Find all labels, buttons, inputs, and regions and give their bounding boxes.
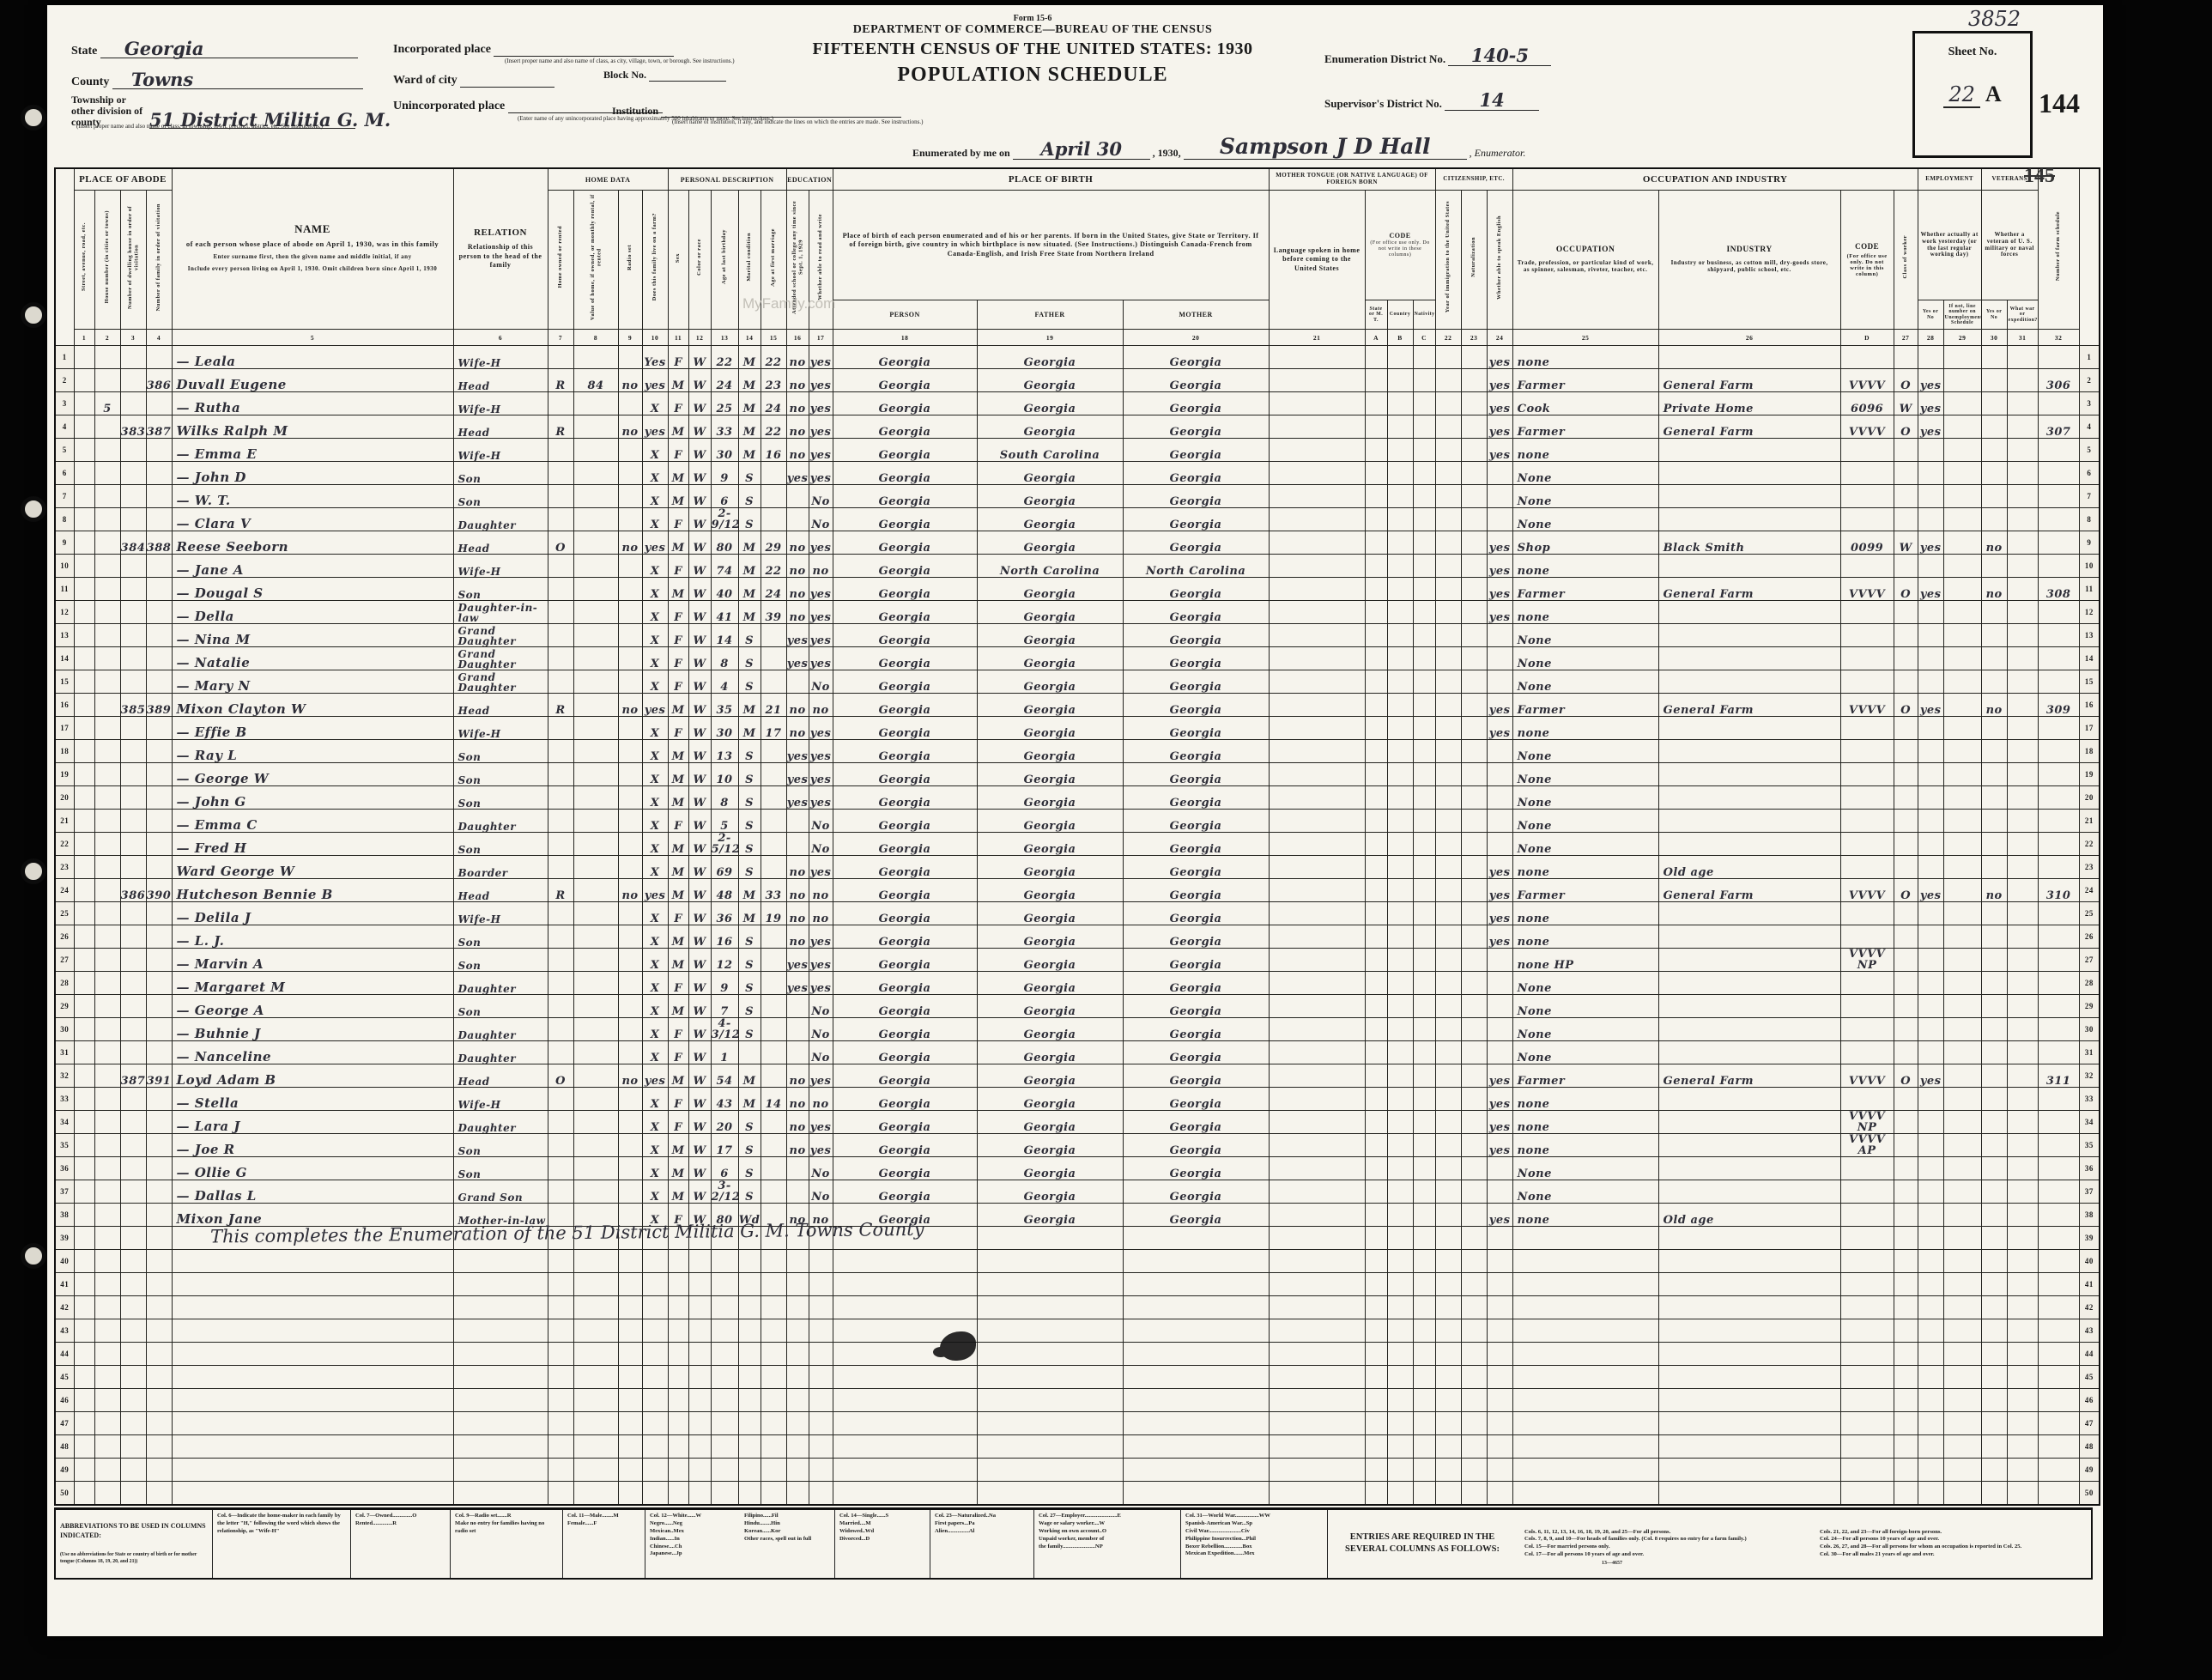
cell-war [2007, 1296, 2038, 1319]
legend-entries-box: ENTRIES ARE REQUIRED IN THE SEVERAL COLU… [1328, 1510, 2107, 1578]
line-number: 12 [2079, 601, 2100, 624]
cell-sch [786, 485, 809, 508]
cell-agm: 23 [761, 369, 786, 392]
cell-cd [1840, 1389, 1894, 1412]
cell-race: W [688, 369, 711, 392]
cell-work [1918, 555, 1943, 578]
cell-cls [1894, 462, 1918, 485]
cell-age [711, 1227, 738, 1250]
cell-mbp: Georgia [1123, 879, 1269, 902]
cell-c1 [74, 346, 94, 369]
cell-c2 [94, 1435, 120, 1459]
cell-farm: X [642, 717, 668, 740]
cell-mar [738, 1366, 761, 1389]
cell-c1 [74, 485, 94, 508]
cell-val [573, 1250, 618, 1273]
column-number: 19 [977, 330, 1123, 346]
cell-radio: no [618, 694, 642, 717]
cell-agm: 22 [761, 346, 786, 369]
cell-mbp: Georgia [1123, 508, 1269, 531]
cell-sch [786, 1018, 809, 1041]
cell-cd [1840, 1088, 1894, 1111]
cell-sch [786, 1250, 809, 1273]
cell-name: — John G [172, 786, 453, 810]
cell-cls: W [1894, 531, 1918, 555]
enumeration-district-value: 140-5 [1471, 45, 1529, 66]
cell-age: 12 [711, 949, 738, 972]
cell-fbp: Georgia [977, 740, 1123, 763]
cell-cd: 6096 [1840, 392, 1894, 415]
department-title: DEPARTMENT OF COMMERCE—BUREAU OF THE CEN… [706, 23, 1359, 37]
cell-ind [1658, 1435, 1840, 1459]
cell-eng [1487, 1180, 1512, 1204]
line-number: 28 [55, 972, 74, 995]
cell-c4: 389 [146, 694, 172, 717]
cell-val [573, 995, 618, 1018]
table-row: 4242 [55, 1296, 2100, 1319]
cell-ca [1365, 1435, 1387, 1459]
cell-work: yes [1918, 531, 1943, 555]
cell-unl [1943, 949, 1981, 972]
cell-ind [1658, 925, 1840, 949]
cell-cls: O [1894, 415, 1918, 439]
cell-occ: None [1512, 810, 1658, 833]
cell-work [1918, 949, 1943, 972]
line-number: 8 [55, 508, 74, 531]
line-number: 26 [2079, 925, 2100, 949]
cell-c1 [74, 601, 94, 624]
cell-lang [1269, 1366, 1365, 1389]
cell-rel [453, 1227, 548, 1250]
cell-ind: General Farm [1658, 694, 1840, 717]
cell-own [548, 1296, 573, 1319]
cell-rel [453, 1250, 548, 1273]
cell-rel: Grand Daughter [453, 624, 548, 647]
cell-c3 [120, 346, 146, 369]
line-number: 5 [2079, 439, 2100, 462]
cell-ind [1658, 1157, 1840, 1180]
group-personal-description: PERSONAL DESCRIPTION [668, 168, 786, 191]
cell-lang [1269, 879, 1365, 902]
cell-sex: M [668, 1064, 688, 1088]
cell-sex: M [668, 1134, 688, 1157]
column-number: 7 [548, 330, 573, 346]
cell-agm [761, 740, 786, 763]
cell-ca [1365, 1366, 1387, 1389]
cell-cc [1413, 740, 1435, 763]
cell-radio [618, 601, 642, 624]
cell-c4 [146, 810, 172, 833]
enumerator-label: , Enumerator. [1470, 147, 1526, 159]
cell-mbp: Georgia [1123, 902, 1269, 925]
cell-fs [2038, 1088, 2079, 1111]
cell-agm [761, 1204, 786, 1227]
cell-rel: Head [453, 879, 548, 902]
cell-fs [2038, 949, 2079, 972]
cell-cb [1387, 833, 1413, 856]
cell-farm [642, 1250, 668, 1273]
cell-cls [1894, 810, 1918, 833]
cell-cls [1894, 1157, 1918, 1180]
line-number: 11 [2079, 578, 2100, 601]
cell-fbp: Georgia [977, 1157, 1123, 1180]
cell-name: — Fred H [172, 833, 453, 856]
cell-nat [1461, 531, 1487, 555]
cell-mar [738, 1343, 761, 1366]
cell-rel: Daughter [453, 508, 548, 531]
cell-c4 [146, 346, 172, 369]
line-number: 26 [55, 925, 74, 949]
cell-war [2007, 1041, 2038, 1064]
cell-c3 [120, 555, 146, 578]
cell-c4 [146, 462, 172, 485]
cell-bp: Georgia [833, 763, 977, 786]
cell-vet [1981, 485, 2007, 508]
cell-name: — Mary N [172, 670, 453, 694]
cell-imm [1435, 995, 1461, 1018]
cell-vet [1981, 786, 2007, 810]
cell-work [1918, 1435, 1943, 1459]
cell-name: — Joe R [172, 1134, 453, 1157]
cell-age: 1 [711, 1041, 738, 1064]
cell-nat [1461, 647, 1487, 670]
cell-cb [1387, 555, 1413, 578]
cell-c4 [146, 717, 172, 740]
cell-sex: F [668, 1018, 688, 1041]
cell-cls [1894, 1389, 1918, 1412]
cell-cc [1413, 1088, 1435, 1111]
cell-unl [1943, 392, 1981, 415]
cell-cls [1894, 624, 1918, 647]
line-number-column-left [55, 168, 74, 346]
cell-radio [618, 1319, 642, 1343]
cell-occ: None [1512, 1018, 1658, 1041]
cell-fs [2038, 810, 2079, 833]
cell-c2 [94, 1088, 120, 1111]
cell-nat [1461, 392, 1487, 415]
cell-bp [833, 1366, 977, 1389]
legend-col9: Col. 9—Radio set.......R Make no entry f… [451, 1510, 563, 1578]
cell-agm [761, 1273, 786, 1296]
cell-occ: none [1512, 1111, 1658, 1134]
cell-cb [1387, 1088, 1413, 1111]
cell-race: W [688, 925, 711, 949]
cell-fs: 311 [2038, 1064, 2079, 1088]
cell-ca [1365, 1041, 1387, 1064]
cell-mbp: Georgia [1123, 1180, 1269, 1204]
column-number: B [1387, 330, 1413, 346]
cell-own: O [548, 531, 573, 555]
cell-fbp: Georgia [977, 462, 1123, 485]
cell-rw: yes [809, 740, 833, 763]
enumerator-name: Sampson J D Hall [1220, 134, 1431, 159]
cell-imm [1435, 763, 1461, 786]
cell-rel: Head [453, 694, 548, 717]
cell-fs [2038, 972, 2079, 995]
cell-fs [2038, 555, 2079, 578]
cell-name [172, 1273, 453, 1296]
cell-radio [618, 578, 642, 601]
cell-age: 22 [711, 346, 738, 369]
cell-vet [1981, 508, 2007, 531]
cell-ind [1658, 740, 1840, 763]
cell-nat [1461, 578, 1487, 601]
cell-sex [668, 1389, 688, 1412]
col-2-header: House number (in cities or towns) [94, 191, 120, 330]
cell-imm [1435, 786, 1461, 810]
cell-occ: None [1512, 670, 1658, 694]
line-number: 1 [55, 346, 74, 369]
cell-c4 [146, 555, 172, 578]
cell-c4 [146, 1250, 172, 1273]
cell-unl [1943, 740, 1981, 763]
cell-name: — Buhnie J [172, 1018, 453, 1041]
cell-eng [1487, 786, 1512, 810]
cell-cls: O [1894, 1064, 1918, 1088]
cell-c4 [146, 972, 172, 995]
cell-own [548, 763, 573, 786]
cell-val [573, 485, 618, 508]
cell-fbp: Georgia [977, 624, 1123, 647]
cell-sch: yes [786, 949, 809, 972]
enumeration-district-field: Enumeration District No. 140-5 [1324, 46, 1551, 66]
column-number: 23 [1461, 330, 1487, 346]
cell-c1 [74, 1134, 94, 1157]
cell-mar: S [738, 1018, 761, 1041]
cell-cls [1894, 1180, 1918, 1204]
cell-war [2007, 1482, 2038, 1506]
cell-cc [1413, 879, 1435, 902]
cell-eng: yes [1487, 1204, 1512, 1227]
cell-cls: W [1894, 392, 1918, 415]
cell-lang [1269, 1227, 1365, 1250]
cell-sch: no [786, 439, 809, 462]
cell-eng: yes [1487, 531, 1512, 555]
cell-farm: X [642, 995, 668, 1018]
line-number: 24 [55, 879, 74, 902]
cell-cb [1387, 810, 1413, 833]
cell-radio: no [618, 531, 642, 555]
cell-radio [618, 856, 642, 879]
cell-mar: S [738, 1157, 761, 1180]
cell-imm [1435, 1343, 1461, 1366]
cell-mbp: Georgia [1123, 740, 1269, 763]
cell-c4 [146, 1459, 172, 1482]
cell-work [1918, 833, 1943, 856]
cell-lang [1269, 485, 1365, 508]
cell-own [548, 392, 573, 415]
cell-fbp: Georgia [977, 763, 1123, 786]
cell-mbp [1123, 1435, 1269, 1459]
cell-farm: X [642, 624, 668, 647]
cell-age: 5 [711, 810, 738, 833]
cell-fbp: Georgia [977, 717, 1123, 740]
cell-imm [1435, 879, 1461, 902]
cell-war [2007, 856, 2038, 879]
cell-cls: O [1894, 879, 1918, 902]
cell-cd [1840, 555, 1894, 578]
cell-age: 41 [711, 601, 738, 624]
cell-occ: Farmer [1512, 694, 1658, 717]
cell-race: W [688, 740, 711, 763]
cell-war [2007, 810, 2038, 833]
cell-name: — Leala [172, 346, 453, 369]
cell-work [1918, 485, 1943, 508]
cell-val [573, 1134, 618, 1157]
cell-war [2007, 833, 2038, 856]
cell-eng: yes [1487, 902, 1512, 925]
cell-bp: Georgia [833, 647, 977, 670]
cell-work [1918, 1389, 1943, 1412]
cell-agm [761, 1389, 786, 1412]
cell-c4 [146, 624, 172, 647]
cell-cd [1840, 1018, 1894, 1041]
cell-cd: VVVV [1840, 879, 1894, 902]
cell-sex: M [668, 949, 688, 972]
line-number: 11 [55, 578, 74, 601]
cell-fbp [977, 1435, 1123, 1459]
sheet-number-value: 22 [1943, 82, 1980, 108]
cell-c3 [120, 902, 146, 925]
cell-cb [1387, 670, 1413, 694]
cell-cb [1387, 1343, 1413, 1366]
cell-fs [2038, 1482, 2079, 1506]
cell-ind [1658, 647, 1840, 670]
cell-val [573, 1366, 618, 1389]
cell-fbp: Georgia [977, 995, 1123, 1018]
column-number: 26 [1658, 330, 1840, 346]
cell-eng [1487, 1157, 1512, 1180]
cell-name: Hutcheson Bennie B [172, 879, 453, 902]
cell-ind [1658, 1250, 1840, 1273]
cell-race: W [688, 786, 711, 810]
cell-imm [1435, 1366, 1461, 1389]
cell-bp [833, 1250, 977, 1273]
cell-radio [618, 624, 642, 647]
table-row: 27— Marvin ASonXMW12SyesyesGeorgiaGeorgi… [55, 949, 2100, 972]
cell-eng [1487, 1273, 1512, 1296]
cell-bp: Georgia [833, 485, 977, 508]
cell-cc [1413, 972, 1435, 995]
cell-bp: Georgia [833, 531, 977, 555]
cell-eng: yes [1487, 369, 1512, 392]
cell-occ: Farmer [1512, 415, 1658, 439]
cell-farm [642, 1227, 668, 1250]
cell-imm [1435, 949, 1461, 972]
cell-eng [1487, 1296, 1512, 1319]
line-number: 21 [2079, 810, 2100, 833]
cell-fbp [977, 1459, 1123, 1482]
cell-lang [1269, 531, 1365, 555]
cell-rw: yes [809, 601, 833, 624]
cell-ca [1365, 578, 1387, 601]
cell-c2 [94, 1018, 120, 1041]
cell-age: 16 [711, 925, 738, 949]
cell-name: Loyd Adam B [172, 1064, 453, 1088]
cell-c2 [94, 717, 120, 740]
cell-farm [642, 1343, 668, 1366]
cell-unl [1943, 1018, 1981, 1041]
cell-war [2007, 555, 2038, 578]
cell-sex: M [668, 531, 688, 555]
cell-unl [1943, 833, 1981, 856]
cell-cb [1387, 972, 1413, 995]
cell-own [548, 1157, 573, 1180]
cell-occ: none [1512, 925, 1658, 949]
cell-rw: No [809, 1180, 833, 1204]
col-9-header: Radio set [618, 191, 642, 330]
cell-fs: 310 [2038, 879, 2079, 902]
cell-sex: F [668, 972, 688, 995]
cell-cd [1840, 647, 1894, 670]
cell-occ: Shop [1512, 531, 1658, 555]
cell-cc [1413, 1204, 1435, 1227]
cell-sch: yes [786, 462, 809, 485]
cell-sex [668, 1319, 688, 1343]
cell-sex: F [668, 392, 688, 415]
cell-val [573, 1088, 618, 1111]
cell-agm [761, 810, 786, 833]
table-row: 35— RuthaWife-HXFW25M24noyesGeorgiaGeorg… [55, 392, 2100, 415]
cell-cls [1894, 439, 1918, 462]
cell-own [548, 670, 573, 694]
cell-cb [1387, 1273, 1413, 1296]
cell-mbp: Georgia [1123, 763, 1269, 786]
cell-c4 [146, 392, 172, 415]
cell-nat [1461, 694, 1487, 717]
legend-note: (Use no abbreviations for State or count… [60, 1552, 208, 1566]
cell-radio: no [618, 1064, 642, 1088]
cell-bp: Georgia [833, 740, 977, 763]
cell-agm: 22 [761, 555, 786, 578]
line-number: 38 [2079, 1204, 2100, 1227]
cell-war [2007, 578, 2038, 601]
cell-cc [1413, 624, 1435, 647]
cell-ind [1658, 1088, 1840, 1111]
cell-vet [1981, 1389, 2007, 1412]
cell-sex [668, 1227, 688, 1250]
cell-ind: General Farm [1658, 578, 1840, 601]
cell-mbp: Georgia [1123, 1134, 1269, 1157]
cell-val [573, 1273, 618, 1296]
cell-c4 [146, 786, 172, 810]
cell-cd: VVVV AP [1840, 1134, 1894, 1157]
cell-vet [1981, 1204, 2007, 1227]
cell-c2 [94, 601, 120, 624]
cell-c1 [74, 833, 94, 856]
line-number: 33 [55, 1088, 74, 1111]
cell-cls [1894, 1273, 1918, 1296]
cell-war [2007, 717, 2038, 740]
cell-bp: Georgia [833, 1064, 977, 1088]
cell-nat [1461, 786, 1487, 810]
column-number: 2 [94, 330, 120, 346]
cell-radio [618, 508, 642, 531]
cell-occ [1512, 1343, 1658, 1366]
cell-cc [1413, 1343, 1435, 1366]
table-row: 5— Emma EWife-HXFW30M16noyesGeorgiaSouth… [55, 439, 2100, 462]
cell-mar: M [738, 601, 761, 624]
cell-rw: yes [809, 346, 833, 369]
cell-age: 80 [711, 531, 738, 555]
cell-cc [1413, 717, 1435, 740]
cell-c2 [94, 1343, 120, 1366]
legend-col27: Col. 27—Employer.......................E… [1034, 1510, 1181, 1578]
cell-age: 2-9/12 [711, 508, 738, 531]
cell-sch [786, 1227, 809, 1250]
table-row: 13— Nina MGrand DaughterXFW14SyesyesGeor… [55, 624, 2100, 647]
cell-c1 [74, 392, 94, 415]
